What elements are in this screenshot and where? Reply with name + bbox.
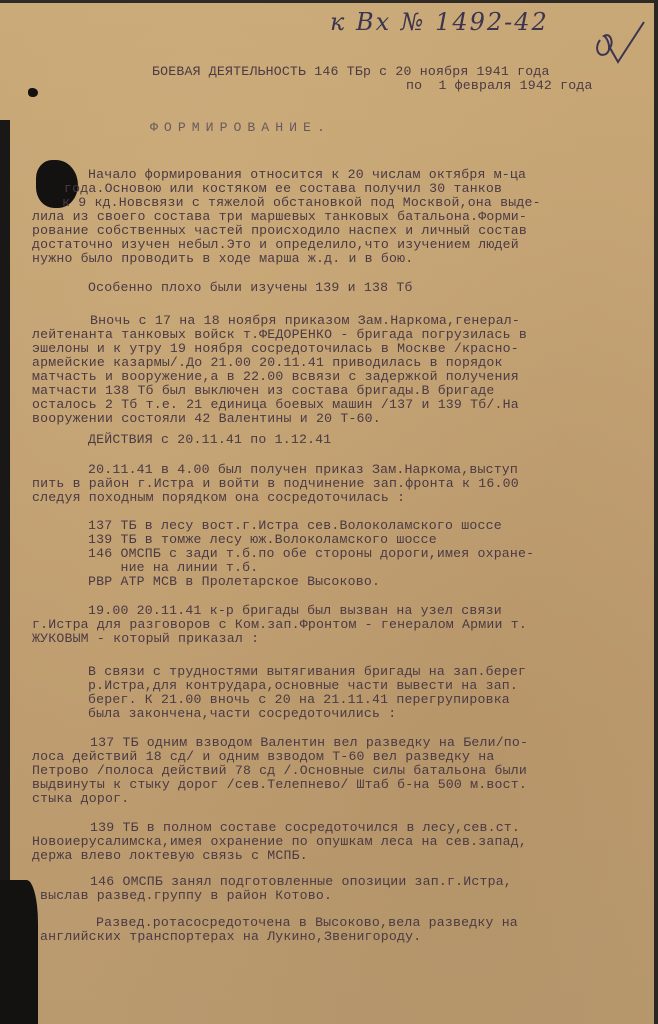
text-line: Вночь с 17 на 18 ноября приказом Зам.Нар… xyxy=(90,313,520,328)
text-line: р.Истра,для контрудара,основные части вы… xyxy=(88,678,518,693)
text-line: 20.11.41 в 4.00 был получен приказ Зам.Н… xyxy=(88,462,518,477)
header-line-1: БОЕВАЯ ДЕЯТЕЛЬНОСТЬ 146 ТБр с 20 ноября … xyxy=(152,64,550,79)
text-line: следуя походным порядком она сосредоточи… xyxy=(32,490,405,505)
page-right-edge xyxy=(654,0,658,1024)
text-line: матчасть и вооружение,а в 22.00 всвязи с… xyxy=(32,369,519,384)
text-line: к 9 кд.Новсвязи с тяжелой обстановкой по… xyxy=(62,195,541,210)
poorly-studied-note: Особенно плохо были изучены 139 и 138 Тб xyxy=(88,280,413,295)
page-top-edge xyxy=(0,0,658,3)
list-item: 139 ТБ в томже лесу юж.Волоколамского шо… xyxy=(88,532,437,547)
text-line: английских транспортерах на Лукино,Звени… xyxy=(40,929,421,944)
text-line: ЖУКОВЫМ - который приказал : xyxy=(32,631,259,646)
header-line-2: по 1 февраля 1942 года xyxy=(406,78,593,93)
text-line: лила из своего состава три маршевых танк… xyxy=(32,209,527,224)
text-line: 19.00 20.11.41 к-р бригады был вызван на… xyxy=(88,603,502,618)
torn-corner xyxy=(0,880,38,1024)
list-item: ние на линии т.б. xyxy=(88,560,258,575)
section-title-actions: ДЕЙСТВИЯ с 20.11.41 по 1.12.41 xyxy=(88,432,331,447)
text-line: 139 ТБ в полном составе сосредоточился в… xyxy=(90,820,520,835)
text-line: выслав развед.группу в район Котово. xyxy=(40,888,332,903)
text-line: рование собственных частей происходило н… xyxy=(32,223,527,238)
text-line: достаточно изучен небыл.Это и определило… xyxy=(32,237,519,252)
text-line: лейтенанта танковых войск т.ФЕДОРЕНКО - … xyxy=(32,327,527,342)
text-line: матчасти 138 Тб был выключен из состава … xyxy=(32,383,495,398)
list-item: 137 ТБ в лесу вост.г.Истра сев.Волоколам… xyxy=(88,518,502,533)
archive-mark: к Вх № 1492-42 xyxy=(330,8,549,36)
text-line: осталось 2 Тб т.е. 21 единица боевых маш… xyxy=(32,397,519,412)
section-title-formation: ФОРМИРОВАНИЕ. xyxy=(150,120,331,135)
torn-left-margin xyxy=(0,0,60,1024)
text-line: была закончена,части сосредоточились : xyxy=(88,706,396,721)
text-line: нужно было проводить в ходе марша ж.д. и… xyxy=(32,251,413,266)
punch-hole xyxy=(28,88,38,97)
text-line: Петрово /полоса действий 78 сд /.Основны… xyxy=(32,763,527,778)
text-line: берег. К 21.00 вночь с 20 на 21.11.41 пе… xyxy=(88,692,510,707)
list-item: 146 ОМСПБ с зади т.б.по обе стороны доро… xyxy=(88,546,534,561)
text-line: вооружении состояли 42 Валентины и 20 Т-… xyxy=(32,411,381,426)
text-line: держа влево локтевую связь с МСПБ. xyxy=(32,848,308,863)
text-line: выдвинуты к стыку дорог /сев.Телепнево/ … xyxy=(32,777,527,792)
text-line: армейские казармы/.До 21.00 20.11.41 при… xyxy=(32,355,503,370)
text-line: пить в район г.Истра и войти в подчинени… xyxy=(32,476,519,491)
text-line: стыка дорог. xyxy=(32,791,129,806)
scanned-document-page: к Вх № 1492-42 БОЕВАЯ ДЕЯТЕЛЬНОСТЬ 146 Т… xyxy=(0,0,658,1024)
list-item: РВР АТР МСВ в Пролетарское Высоково. xyxy=(88,574,380,589)
text-line: г.Истра для разговоров с Ком.зап.Фронтом… xyxy=(32,617,527,632)
text-line: В связи с трудностями вытягивания бригад… xyxy=(88,664,526,679)
text-line: года.Основою или костяком ее состава пол… xyxy=(64,181,502,196)
text-line: 137 ТБ одним взводом Валентин вел развед… xyxy=(90,735,528,750)
text-line: эшелоны и к утру 19 ноября сосредоточила… xyxy=(32,341,519,356)
signature-checkmark-icon xyxy=(590,18,650,66)
text-line: Начало формирования относится к 20 числа… xyxy=(88,167,526,182)
text-line: 146 ОМСПБ занял подготовленные опозиции … xyxy=(90,874,512,889)
text-line: лоса действий 18 сд/ и одним взводом Т-6… xyxy=(32,749,495,764)
text-line: Новоиерусалимска,имея охранение по опушк… xyxy=(32,834,527,849)
text-line: Развед.ротасосредоточена в Высоково,вела… xyxy=(96,915,518,930)
